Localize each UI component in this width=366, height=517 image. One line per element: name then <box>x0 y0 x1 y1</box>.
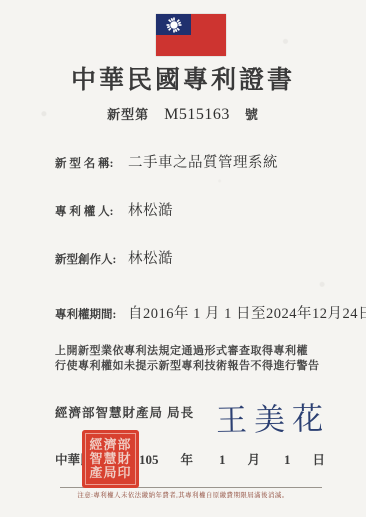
field-value: 林松澔 <box>128 247 173 268</box>
field-label: 新 型 名 稱: <box>55 155 128 171</box>
certificate-number-line: 新型第 M515163 號 <box>0 104 366 124</box>
field-value: 二手車之品質管理系統 <box>128 151 278 172</box>
date-day: 1 <box>284 452 291 468</box>
number-prefix: 新型第 <box>107 104 149 123</box>
field-label: 新型創作人: <box>55 251 128 267</box>
number-suffix: 號 <box>245 104 259 123</box>
issuer-title: 經濟部智慧財產局 局長 <box>55 403 194 421</box>
field-value: 自2016年 1 月 1 日至2024年12月24日止 <box>128 302 366 323</box>
patent-certificate-page: 中華民國專利證書 新型第 M515163 號 新 型 名 稱: 二手車之品質管理… <box>0 0 366 517</box>
official-seal-stamp: 經濟部智慧財產局印 <box>82 430 139 488</box>
field-creator: 新型創作人: 林松澔 <box>55 247 173 268</box>
white-sun-icon <box>165 16 183 34</box>
legal-line-2: 行使專利權如未提示新型專利技術報告不得進行警告 <box>55 359 320 374</box>
date-year: 105 <box>139 452 159 468</box>
director-signature: 王美花 <box>216 393 331 440</box>
field-patent-term: 專利權期間: 自2016年 1 月 1 日至2024年12月24日止 <box>55 302 366 323</box>
field-model-name: 新 型 名 稱: 二手車之品質管理系統 <box>55 151 278 172</box>
seal-text: 經濟部智慧財產局印 <box>90 438 132 480</box>
date-month: 1 <box>219 452 226 468</box>
footnote-text: 注意:專利權人未依法繳納年費者,其專利權自原繳費期限屆滿後消滅。 <box>15 490 352 499</box>
field-patentee: 專 利 權 人: 林松澔 <box>55 199 173 220</box>
legal-line-1: 上開新型業依專利法規定通過形式審查取得專利權 <box>55 344 320 359</box>
certificate-number: M515163 <box>164 106 230 124</box>
field-label: 專 利 權 人: <box>55 203 128 219</box>
roc-flag-icon <box>156 14 226 56</box>
field-value: 林松澔 <box>128 199 173 220</box>
flag-canton <box>156 14 191 35</box>
certificate-title: 中華民國專利證書 <box>0 60 366 96</box>
date-year-label: 年 <box>181 450 194 468</box>
legal-statement: 上開新型業依專利法規定通過形式審查取得專利權 行使專利權如未提示新型專利技術報告… <box>55 344 320 374</box>
date-month-label: 月 <box>248 450 261 468</box>
date-day-label: 日 <box>313 450 326 468</box>
field-label: 專利權期間: <box>55 306 128 322</box>
